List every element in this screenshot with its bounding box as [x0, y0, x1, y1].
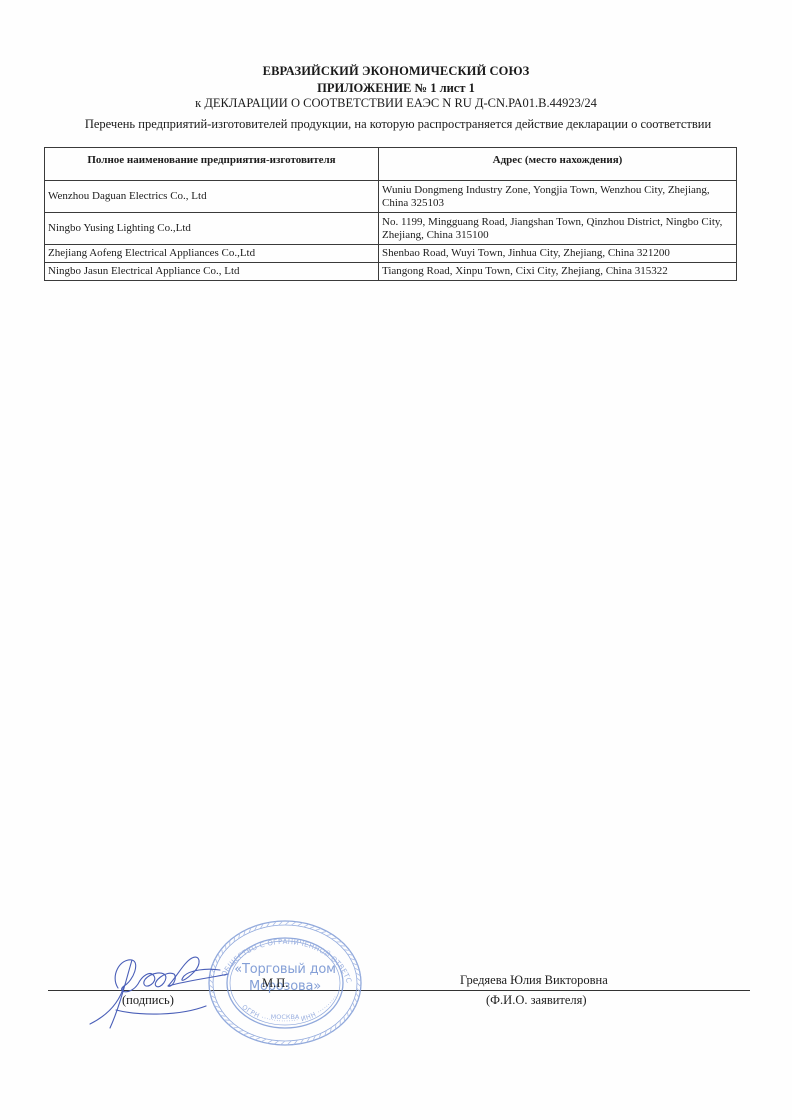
document-page: ЕВРАЗИЙСКИЙ ЭКОНОМИЧЕСКИЙ СОЮЗ ПРИЛОЖЕНИ…	[0, 0, 792, 1120]
column-header-name: Полное наименование предприятия-изготови…	[45, 148, 379, 181]
applicant-label: (Ф.И.О. заявителя)	[486, 993, 587, 1008]
signature-label: (подпись)	[122, 993, 174, 1008]
table-row: Ningbo Yusing Lighting Co.,Ltd No. 1199,…	[45, 213, 737, 245]
applicant-name: Гредяева Юлия Викторовна	[460, 973, 608, 988]
table-header-row: Полное наименование предприятия-изготови…	[45, 148, 737, 181]
manufacturer-address: No. 1199, Mingguang Road, Jiangshan Town…	[379, 213, 737, 245]
manufacturer-name: Zhejiang Aofeng Electrical Appliances Co…	[45, 245, 379, 263]
manufacturer-address: Wuniu Dongmeng Industry Zone, Yongjia To…	[379, 181, 737, 213]
manufacturer-address: Shenbao Road, Wuyi Town, Jinhua City, Zh…	[379, 245, 737, 263]
seal-label: М.П.	[262, 976, 288, 991]
manufacturers-table: Полное наименование предприятия-изготови…	[44, 147, 737, 281]
manufacturer-address: Tiangong Road, Xinpu Town, Cixi City, Zh…	[379, 263, 737, 281]
table-row: Zhejiang Aofeng Electrical Appliances Co…	[45, 245, 737, 263]
list-title: Перечень предприятий-изготовителей проду…	[18, 117, 778, 132]
table-row: Ningbo Jasun Electrical Appliance Co., L…	[45, 263, 737, 281]
table-row: Wenzhou Daguan Electrics Co., Ltd Wuniu …	[45, 181, 737, 213]
annex-heading: ПРИЛОЖЕНИЕ № 1 лист 1	[0, 81, 792, 96]
manufacturer-name: Ningbo Jasun Electrical Appliance Co., L…	[45, 263, 379, 281]
handwritten-signature-icon	[80, 940, 230, 1035]
manufacturer-name: Wenzhou Daguan Electrics Co., Ltd	[45, 181, 379, 213]
manufacturer-name: Ningbo Yusing Lighting Co.,Ltd	[45, 213, 379, 245]
column-header-address: Адрес (место нахождения)	[379, 148, 737, 181]
svg-text:МОСКВА: МОСКВА	[271, 1013, 300, 1021]
union-heading: ЕВРАЗИЙСКИЙ ЭКОНОМИЧЕСКИЙ СОЮЗ	[0, 64, 792, 79]
declaration-reference: к ДЕКЛАРАЦИИ О СООТВЕТСТВИИ ЕАЭС N RU Д-…	[0, 96, 792, 111]
